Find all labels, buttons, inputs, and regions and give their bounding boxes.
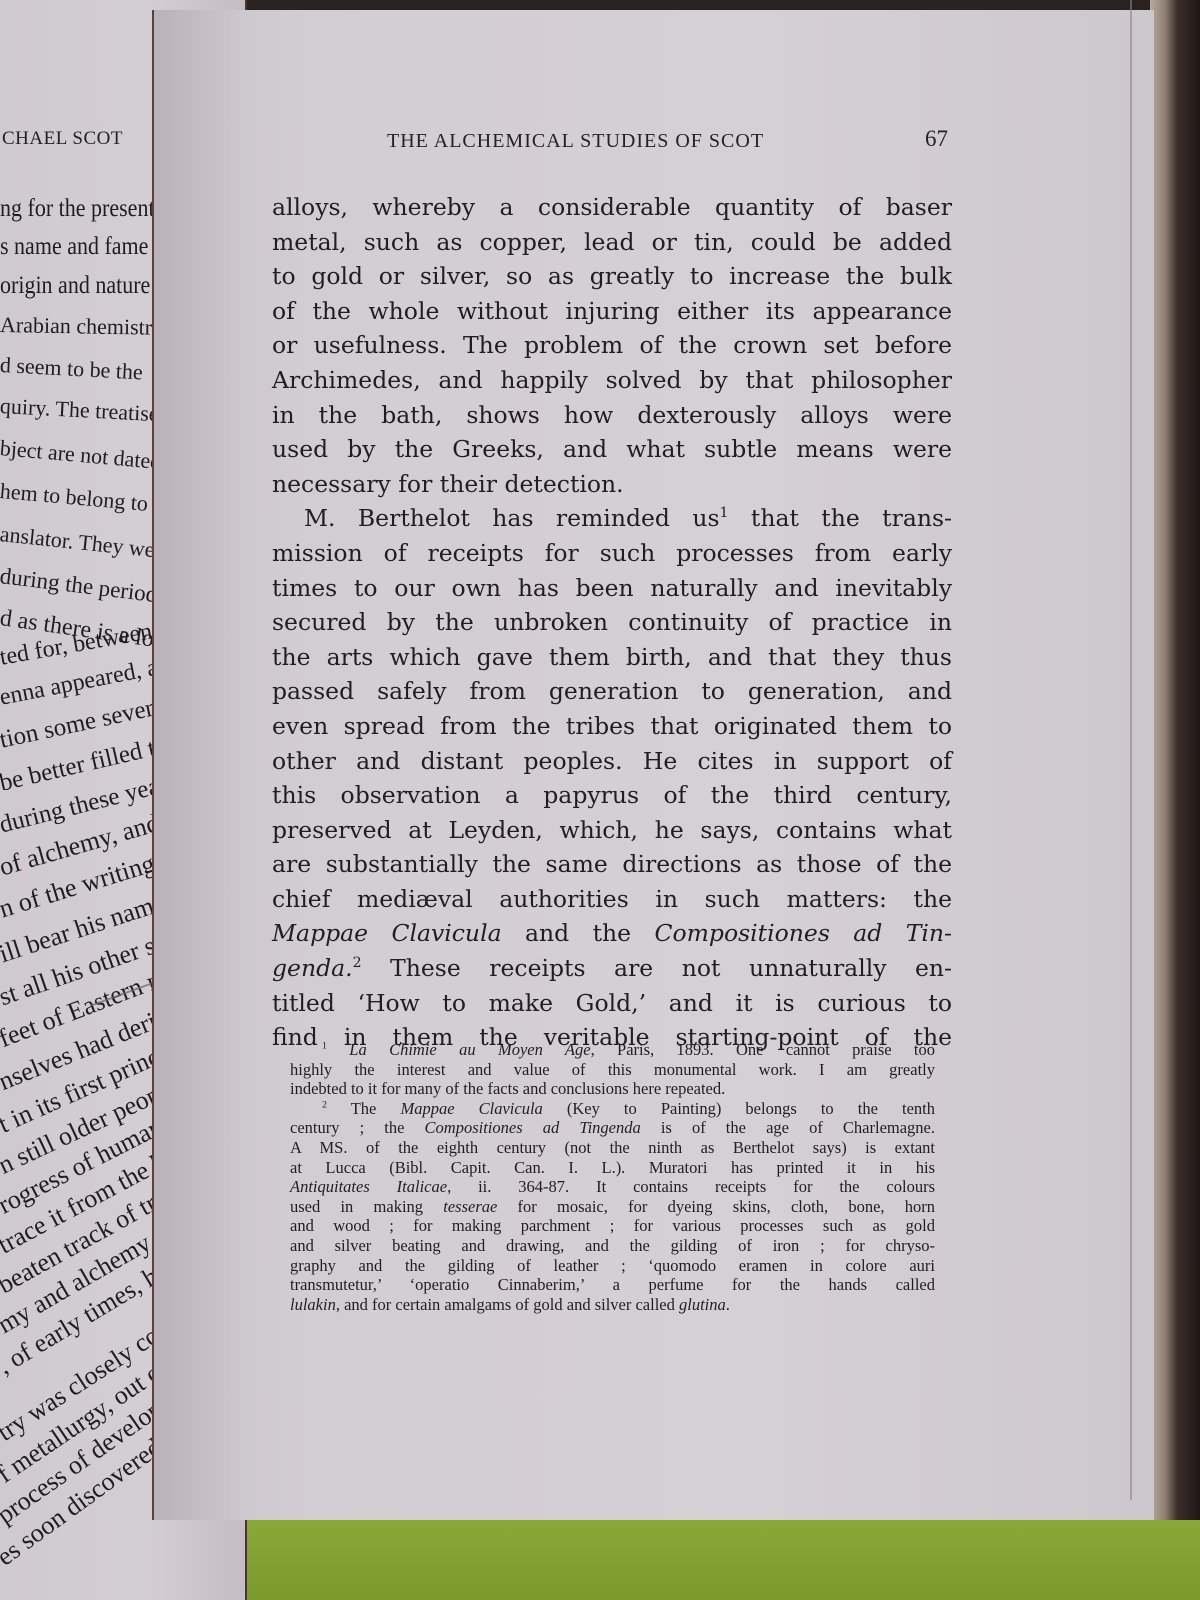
footnote-line: A MS. of the eighth century (not the nin… bbox=[290, 1138, 935, 1158]
footnote-line: and silver beating and drawing, and the … bbox=[290, 1236, 935, 1256]
body-line: times to our own has been naturally and … bbox=[272, 571, 952, 606]
left-page-line: anslator. They were bbox=[0, 521, 173, 565]
left-page-line: s name and fame as bbox=[0, 231, 172, 261]
body-text-span: and the bbox=[502, 919, 655, 947]
body-line: in the bath, shows how dexterously alloy… bbox=[272, 398, 952, 433]
footnote-line: century ; the Compositiones ad Tingenda … bbox=[290, 1118, 935, 1138]
body-line: of the whole without injuring either its… bbox=[272, 294, 952, 329]
left-page-line: ng for the present bbox=[0, 193, 155, 223]
footnote-line: used in making tesserae for mosaic, for … bbox=[290, 1197, 935, 1217]
footnote-ref-1[interactable]: 1 bbox=[720, 506, 729, 522]
body-line: even spread from the tribes that origina… bbox=[272, 709, 952, 744]
footnote-text: , ii. 364-87. It contains receipts for t… bbox=[447, 1177, 935, 1196]
footnote-text: The bbox=[327, 1099, 401, 1118]
footnote-text: , and for certain amalgams of gold and s… bbox=[336, 1295, 679, 1314]
body-line: necessary for their detection. bbox=[272, 467, 952, 502]
footnote-text: . bbox=[726, 1295, 730, 1314]
left-running-head: CHAEL SCOT bbox=[2, 128, 123, 150]
footnote-text: century ; the bbox=[290, 1118, 425, 1137]
body-line: are substantially the same directions as… bbox=[272, 847, 952, 882]
footnote-text: (Key to Painting) belongs to the tenth bbox=[543, 1099, 935, 1118]
body-line: titled ‘How to make Gold,’ and it is cur… bbox=[272, 986, 952, 1021]
body-line: Archimedes, and happily solved by that p… bbox=[272, 363, 952, 398]
footnote-line: indebted to it for many of the facts and… bbox=[290, 1079, 935, 1099]
footnote-line: graphy and the gilding of leather ; ‘quo… bbox=[290, 1256, 935, 1276]
title-mappae-clavicula: Mappae Clavicula bbox=[272, 919, 502, 947]
footnote-italic: tesserae bbox=[443, 1197, 497, 1216]
left-page-line: bject are not dated bbox=[0, 435, 162, 475]
body-line: chief mediæval authorities in such matte… bbox=[272, 882, 952, 917]
footnote-italic: lulakin bbox=[290, 1295, 336, 1314]
footnote-2: 2 The Mappae Clavicula (Key to Painting)… bbox=[290, 1099, 935, 1119]
footnote-title: La Chimie au Moyen Age bbox=[349, 1040, 590, 1059]
body-line-paragraph-start: M. Berthelot has reminded us1 that the t… bbox=[272, 501, 952, 536]
footnote-line: and wood ; for making parchment ; for va… bbox=[290, 1216, 935, 1236]
body-line: this observation a papyrus of the third … bbox=[272, 778, 952, 813]
body-line: used by the Greeks, and what subtle mean… bbox=[272, 432, 952, 467]
body-line: mission of receipts for such processes f… bbox=[272, 536, 952, 571]
footnote-ref-2[interactable]: 2 bbox=[353, 955, 362, 971]
footnote-line: at Lucca (Bibl. Capit. Can. I. L.). Mura… bbox=[290, 1158, 935, 1178]
footnote-title: Compositiones ad Tingenda bbox=[425, 1118, 641, 1137]
body-line: the arts which gave them birth, and that… bbox=[272, 640, 952, 675]
body-text-italic: genda. bbox=[272, 954, 353, 982]
body-line: to gold or silver, so as greatly to incr… bbox=[272, 259, 952, 294]
body-line: passed safely from generation to generat… bbox=[272, 674, 952, 709]
page-number: 67 bbox=[925, 126, 948, 152]
adjacent-book-spine bbox=[1150, 0, 1200, 1520]
footnote-line: transmutetur,’ ‘operatio Cinnaberim,’ a … bbox=[290, 1275, 935, 1295]
body-line: genda.2 These receipts are not unnatural… bbox=[272, 951, 952, 986]
body-line: metal, such as copper, lead or tin, coul… bbox=[272, 225, 952, 260]
left-page-line: origin and nature of bbox=[0, 270, 174, 300]
footnote-text: used in making bbox=[290, 1197, 443, 1216]
body-line: Mappae Clavicula and the Compositiones a… bbox=[272, 916, 952, 951]
footnote-line: highly the interest and value of this mo… bbox=[290, 1060, 935, 1080]
footnote-line: Antiquitates Italicae, ii. 364-87. It co… bbox=[290, 1177, 935, 1197]
footnote-title: Mappae Clavicula bbox=[400, 1099, 542, 1118]
page-edge-tear bbox=[1130, 0, 1132, 1500]
body-text-span: that the trans- bbox=[729, 504, 952, 532]
body-text-span: These receipts are not unnaturally en- bbox=[362, 954, 952, 982]
body-text-span: M. Berthelot has reminded us bbox=[304, 504, 720, 532]
title-compositiones: Compositiones ad Tin- bbox=[654, 919, 952, 947]
body-line: secured by the unbroken continuity of pr… bbox=[272, 605, 952, 640]
footnote-marker: 1 bbox=[322, 1041, 327, 1052]
footnote-text: is of the age of Charlemagne. bbox=[641, 1118, 935, 1137]
footnote-1: 1 La Chimie au Moyen Age, Paris, 1893. O… bbox=[290, 1040, 935, 1060]
running-head: THE ALCHEMICAL STUDIES OF SCOT bbox=[387, 130, 764, 153]
page-fold-shadow bbox=[154, 10, 244, 1520]
body-line: preserved at Leyden, which, he says, con… bbox=[272, 813, 952, 848]
left-page-line: quiry. The treatises bbox=[0, 393, 168, 428]
footnote-line: lulakin, and for certain amalgams of gol… bbox=[290, 1295, 935, 1315]
footnote-title: Antiquitates Italicae bbox=[290, 1177, 447, 1196]
footnote-text: for mosaic, for dyeing skins, cloth, bon… bbox=[497, 1197, 935, 1216]
body-line: or usefulness. The problem of the crown … bbox=[272, 328, 952, 363]
footnote-italic: glutina bbox=[679, 1295, 726, 1314]
body-line: other and distant peoples. He cites in s… bbox=[272, 744, 952, 779]
footnote-text: , Paris, 1893. One cannot praise too bbox=[591, 1040, 935, 1059]
body-text: alloys, whereby a considerable quantity … bbox=[272, 190, 952, 1055]
body-line: alloys, whereby a considerable quantity … bbox=[272, 190, 952, 225]
left-page-line: Arabian chemistry. bbox=[0, 312, 167, 341]
left-page-line: d seem to be the bbox=[0, 352, 143, 385]
footnotes: 1 La Chimie au Moyen Age, Paris, 1893. O… bbox=[290, 1040, 935, 1314]
